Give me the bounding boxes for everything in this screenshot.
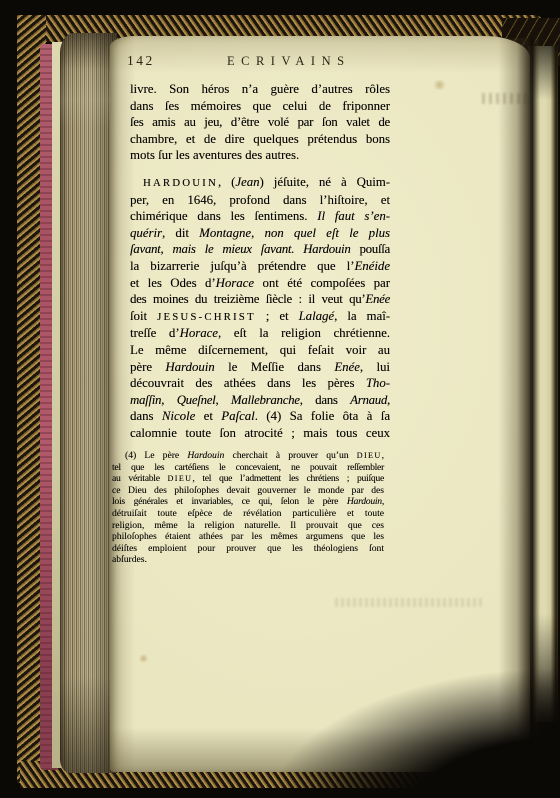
italic-run: quérir bbox=[130, 226, 162, 240]
text-run: religion, même la religion naturelle. Il… bbox=[112, 520, 384, 531]
text-line: (4) Le père Hardouin cherchait à prouver… bbox=[112, 450, 384, 462]
text-line: des moines du treizième ſiècle : il veut… bbox=[130, 291, 390, 308]
italic-run: Arnaud bbox=[350, 393, 387, 407]
spaced-caps-run: DIEU bbox=[168, 474, 193, 483]
text-run: , eſt la religion chrétienne. bbox=[218, 326, 390, 340]
text-line: détruiſait toute eſpèce de révélation pa… bbox=[112, 508, 384, 520]
text-line: au véritable DIEU, tel que l’admettent l… bbox=[112, 473, 384, 485]
footnote: (4) Le père Hardouin cherchait à prouver… bbox=[112, 450, 384, 566]
text-run: per, en 1646, profond dans l’hiſtoire, e… bbox=[130, 193, 390, 207]
text-line: religion, même la religion naturelle. Il… bbox=[112, 520, 384, 532]
body-text: livre. Son héros n’a guère d’autres rôle… bbox=[130, 81, 390, 441]
text-run: chimérique dans les ſentimens. bbox=[130, 209, 317, 223]
text-line: et les Odes d’Horace ont été compoſées p… bbox=[130, 275, 390, 292]
text-run: détruiſait toute eſpèce de révélation pa… bbox=[112, 508, 384, 519]
text-line: ſes amis au jeu, d’être volé par ſon val… bbox=[130, 114, 390, 131]
text-run: , bbox=[382, 450, 384, 461]
text-line: chambre, et de dire quelques prétendus b… bbox=[130, 131, 390, 148]
text-line: ce Dieu des philoſophes devait gouverner… bbox=[112, 485, 384, 497]
text-line: mots ſur les aventures des autres. bbox=[130, 147, 390, 164]
text-run: abſurdes. bbox=[112, 554, 147, 565]
italic-run: Lalagé bbox=[299, 309, 335, 323]
italic-run: Queſnel bbox=[177, 393, 216, 407]
italic-run: Jean bbox=[235, 175, 259, 189]
text-line: HARDOUIN, (Jean) jéſuite, né à Quim- bbox=[130, 174, 390, 192]
text-line: dans Nicole et Paſcal. (4) Sa folie ôta … bbox=[130, 408, 390, 425]
text-run: Le même diſcernement, qui feſait voir au bbox=[130, 343, 390, 357]
spaced-caps-run: JESUS-CHRIST bbox=[157, 311, 256, 323]
text-run: chambre, et de dire quelques prétendus b… bbox=[130, 132, 390, 146]
italic-run: Mallebranche bbox=[231, 393, 300, 407]
text-run: père bbox=[130, 360, 165, 374]
text-line: calomnie toute ſon atrocité ; mais tous … bbox=[130, 425, 390, 442]
text-run: philoſophes étaient athées par les mêmes… bbox=[112, 531, 384, 542]
text-line: abſurdes. bbox=[112, 554, 384, 566]
spaced-caps-run: HARDOUIN bbox=[143, 177, 218, 189]
text-line: philoſophes étaient athées par les mêmes… bbox=[112, 531, 384, 543]
corner-shadow bbox=[230, 643, 560, 798]
text-line: père Hardouin le Meſſie dans Enée, lui bbox=[130, 359, 390, 376]
italic-run: ſavant, mais le mieux ſavant. Hardouin bbox=[130, 242, 350, 256]
text-run: , bbox=[382, 496, 384, 507]
text-run: dans ſes mémoires que celui de friponner bbox=[130, 99, 390, 113]
italic-run: Hardouin bbox=[347, 496, 382, 507]
text-run: déiſtes emploient pour prouver que les t… bbox=[112, 543, 384, 554]
text-run: ont été compoſées par bbox=[254, 276, 390, 290]
text-run: , bbox=[387, 393, 390, 407]
text-line: treſſe d’Horace, eſt la religion chrétie… bbox=[130, 325, 390, 342]
text-run: , dit bbox=[162, 226, 199, 240]
text-run: , ( bbox=[218, 175, 235, 189]
paragraph: livre. Son héros n’a guère d’autres rôle… bbox=[130, 81, 390, 164]
text-run: le Meſſie dans bbox=[215, 360, 335, 374]
text-line: découvrait des athées dans les pères Tho… bbox=[130, 375, 390, 392]
text-run: , tel que l’admettent les chrétiens ; pu… bbox=[192, 473, 384, 484]
text-run: cherchait à prouver qu’un bbox=[224, 450, 356, 461]
book-scan-photo: 142 ECRIVAINS livre. Son héros n’a guère… bbox=[0, 0, 560, 798]
ink-show-through-smudge bbox=[335, 598, 485, 607]
text-line: chimérique dans les ſentimens. Il faut s… bbox=[130, 208, 390, 225]
page-stack-fore-edge bbox=[60, 33, 117, 773]
italic-run: Montagne bbox=[199, 226, 251, 240]
italic-run: Enée bbox=[334, 360, 360, 374]
text-run: , bbox=[251, 226, 264, 240]
text-run: des moines du treizième ſiècle : il veut… bbox=[130, 292, 365, 306]
text-run: découvrait des athées dans les pères bbox=[130, 376, 366, 390]
text-run: , la maî- bbox=[334, 309, 390, 323]
text-run: mots ſur les aventures des autres. bbox=[130, 148, 299, 162]
text-line: livre. Son héros n’a guère d’autres rôle… bbox=[130, 81, 390, 98]
text-line: Le même diſcernement, qui feſait voir au bbox=[130, 342, 390, 359]
text-run: tel que les cartéſiens le concevaient, n… bbox=[112, 462, 384, 473]
italic-run: Hardouin bbox=[187, 450, 224, 461]
paper-stain bbox=[432, 80, 447, 90]
text-line: déiſtes emploient pour prouver que les t… bbox=[112, 543, 384, 555]
italic-run: Enée bbox=[365, 292, 390, 306]
text-run: ce Dieu des philoſophes devait gouverner… bbox=[112, 485, 384, 496]
text-run: dans bbox=[130, 409, 162, 423]
text-run: , lui bbox=[360, 360, 390, 374]
text-run: , bbox=[161, 393, 176, 407]
text-run: ſoit bbox=[130, 309, 157, 323]
text-line: dans ſes mémoires que celui de friponner bbox=[130, 98, 390, 115]
text-run: au véritable bbox=[112, 473, 168, 484]
italic-run: Enéide bbox=[354, 259, 390, 273]
text-run: et bbox=[195, 409, 221, 423]
page-number: 142 bbox=[127, 53, 155, 69]
text-line: per, en 1646, profond dans l’hiſtoire, e… bbox=[130, 192, 390, 209]
text-run: ) jéſuite, né à Quim- bbox=[260, 175, 390, 189]
italic-run: Horace bbox=[180, 326, 218, 340]
text-run: ; et bbox=[256, 309, 299, 323]
text-run: , bbox=[215, 393, 230, 407]
paragraph: HARDOUIN, (Jean) jéſuite, né à Quim-per,… bbox=[130, 174, 390, 442]
text-line: tel que les cartéſiens le concevaient, n… bbox=[112, 462, 384, 474]
spaced-caps-run: DIEU bbox=[357, 451, 382, 460]
text-line: quérir, dit Montagne, non quel eſt le pl… bbox=[130, 225, 390, 242]
text-run: livre. Son héros n’a guère d’autres rôle… bbox=[130, 82, 390, 96]
text-run: treſſe d’ bbox=[130, 326, 180, 340]
text-run: , dans bbox=[300, 393, 350, 407]
italic-run: Paſcal bbox=[221, 409, 254, 423]
text-run: lois générales et invariables, ce qui, ſ… bbox=[112, 496, 347, 507]
running-head: ECRIVAINS bbox=[227, 54, 351, 69]
text-line: la bizarrerie juſqu’à prétendre que l’En… bbox=[130, 258, 390, 275]
text-run: la bizarrerie juſqu’à prétendre que l’ bbox=[130, 259, 354, 273]
text-line: ſavant, mais le mieux ſavant. Hardouin p… bbox=[130, 241, 390, 258]
italic-run: Il faut s’en- bbox=[317, 209, 390, 223]
text-run: calomnie toute ſon atrocité ; mais tous … bbox=[130, 426, 390, 440]
text-line: ſoit JESUS-CHRIST ; et Lalagé, la maî- bbox=[130, 308, 390, 326]
paper-stain bbox=[138, 654, 149, 663]
text-run: . (4) Sa folie ôta à ſa bbox=[255, 409, 390, 423]
italic-run: Nicole bbox=[162, 409, 195, 423]
text-line: lois générales et invariables, ce qui, ſ… bbox=[112, 496, 384, 508]
text-line: maſſin, Queſnel, Mallebranche, dans Arna… bbox=[130, 392, 390, 409]
italic-run: Horace bbox=[216, 276, 254, 290]
italic-run: maſſin bbox=[130, 393, 161, 407]
text-run: et les Odes d’ bbox=[130, 276, 216, 290]
text-run: ſes amis au jeu, d’être volé par ſon val… bbox=[130, 115, 390, 129]
italic-run: Hardouin bbox=[165, 360, 214, 374]
italic-run: non quel eſt le plus bbox=[265, 226, 391, 240]
text-run: (4) Le père bbox=[125, 450, 187, 461]
italic-run: Tho- bbox=[366, 376, 390, 390]
text-run: pouſſa bbox=[350, 242, 390, 256]
